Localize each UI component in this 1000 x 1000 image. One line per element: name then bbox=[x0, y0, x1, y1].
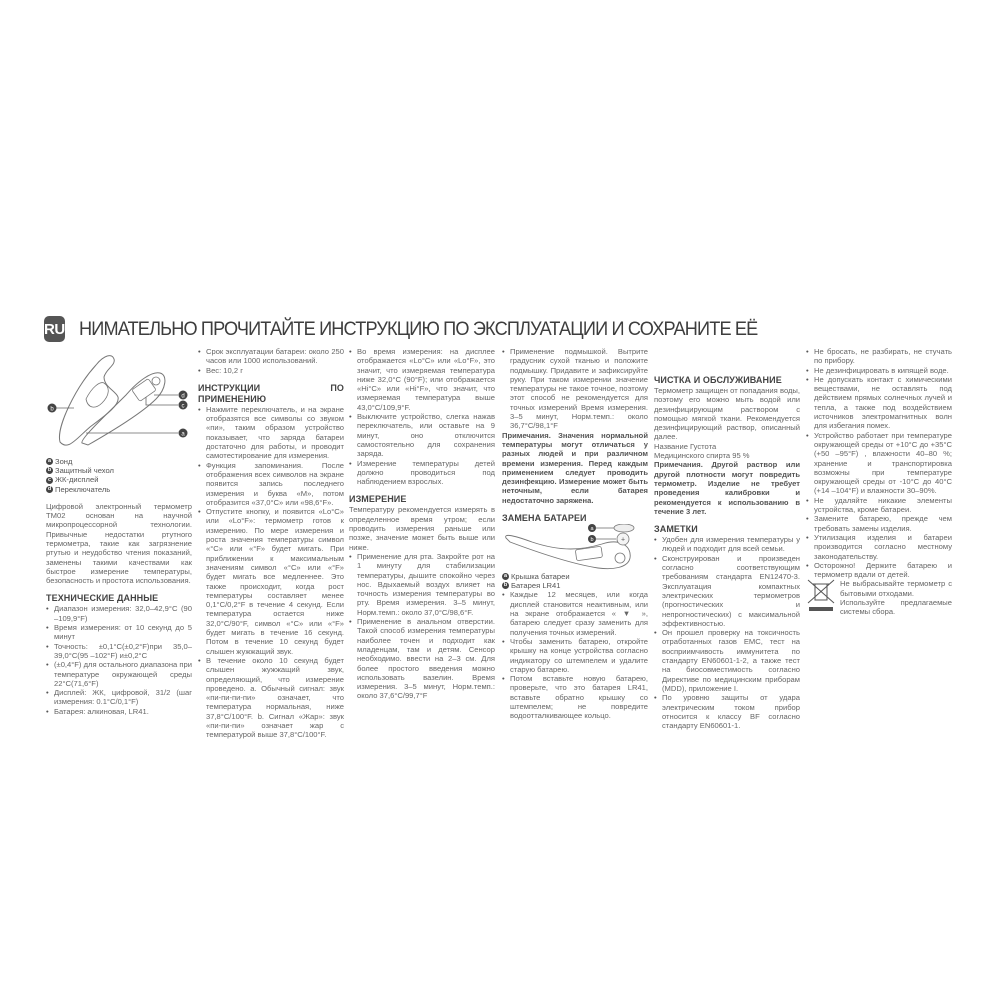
callout-a-icon: a bbox=[46, 458, 53, 465]
legend-item: aЗонд bbox=[46, 457, 192, 466]
list-item: Устройство работает при температуре окру… bbox=[806, 431, 952, 496]
measure-list-continued: Применение подмышкой. Вытрите градусник … bbox=[502, 347, 648, 431]
callout-a-icon: a bbox=[502, 573, 509, 580]
legend-item: aКрышка батареи bbox=[502, 572, 648, 581]
tech-heading: ТЕХНИЧЕСКИЕ ДАННЫЕ bbox=[46, 593, 192, 604]
column-2: Срок эксплуатации батареи: около 250 час… bbox=[198, 347, 344, 740]
list-item: Применение для рта. Закройте рот на 1 ми… bbox=[349, 552, 495, 617]
legend-item: dПереключатель bbox=[46, 485, 192, 494]
column-5: ЧИСТКА И ОБСЛУЖИВАНИЕ Термометр защищен … bbox=[654, 347, 800, 730]
list-item: Батарея: алкиновая, LR41. bbox=[46, 707, 192, 716]
list-item: В течение около 10 секунд будет слышен ж… bbox=[198, 656, 344, 740]
callout-b-icon: b bbox=[46, 467, 53, 474]
list-item: Во время измерения: на дисплее отображае… bbox=[349, 347, 495, 412]
legend-item: cЖК-дисплей bbox=[46, 475, 192, 484]
language-badge: RU bbox=[44, 316, 65, 342]
callout-d-icon: d bbox=[46, 486, 53, 493]
list-item: Измерение температуры детей должно прово… bbox=[349, 459, 495, 487]
list-item: Время измерения: от 10 секунд до 5 минут bbox=[46, 623, 192, 642]
list-item: Точность: ±0,1°C(±0,2°F)при 35,0–39,0°C(… bbox=[46, 642, 192, 661]
weee-disposal-block: Не выбрасывайте термометр с бытовыми отх… bbox=[806, 579, 952, 616]
usage-list-continued: Во время измерения: на дисплее отображае… bbox=[349, 347, 495, 486]
cleaning-line-2: Медицинского спирта 95 % bbox=[654, 451, 800, 460]
list-item: Утилизация изделия и батареи производитс… bbox=[806, 533, 952, 561]
list-item: Чтобы заменить батарею, откройте крышку … bbox=[502, 637, 648, 674]
column-3: Во время измерения: на дисплее отображае… bbox=[349, 347, 495, 701]
column-4: Применение подмышкой. Вытрите градусник … bbox=[502, 347, 648, 721]
page-header: RU НИМАТЕЛЬНО ПРОЧИТАЙТЕ ИНСТРУКЦИЮ ПО Э… bbox=[44, 314, 804, 344]
list-item: Каждые 12 месяцев, или когда дисплей ста… bbox=[502, 590, 648, 636]
thermometer-diagram: b d c a bbox=[46, 347, 192, 457]
list-item: Не бросать, не разбирать, не стучать по … bbox=[806, 347, 952, 366]
list-item: Применение подмышкой. Вытрите градусник … bbox=[502, 347, 648, 431]
list-item: (±0,4°F) для остального диапазона при те… bbox=[46, 660, 192, 688]
list-item: Замените батарею, прежде чем требовать з… bbox=[806, 514, 952, 533]
battery-list: Каждые 12 месяцев, или когда дисплей ста… bbox=[502, 590, 648, 720]
notes-list: Удобен для измерения температуры у людей… bbox=[654, 535, 800, 730]
svg-text:d: d bbox=[181, 394, 184, 400]
svg-text:b: b bbox=[590, 537, 593, 543]
notes-list-continued: Не бросать, не разбирать, не стучать по … bbox=[806, 347, 952, 579]
tech-list-continued: Срок эксплуатации батареи: около 250 час… bbox=[198, 347, 344, 375]
measure-note: Примечания. Значения нормальной температ… bbox=[502, 431, 648, 505]
measure-list: Применение для рта. Закройте рот на 1 ми… bbox=[349, 552, 495, 701]
list-item: Осторожно! Держите батарею и термометр в… bbox=[806, 561, 952, 580]
usage-list: Нажмите переключатель, и на экране отобр… bbox=[198, 405, 344, 740]
cleaning-heading: ЧИСТКА И ОБСЛУЖИВАНИЕ bbox=[654, 375, 800, 386]
legend-item: bЗащитный чехол bbox=[46, 466, 192, 475]
list-item: Применение в анальном отверстии. Такой с… bbox=[349, 617, 495, 701]
battery-replacement-illustration-icon: a b + bbox=[502, 524, 648, 572]
list-item: Он прошел проверку на токсичность отрабо… bbox=[654, 628, 800, 693]
diagram-legend: aЗонд bЗащитный чехол cЖК-дисплей dПерек… bbox=[46, 457, 192, 494]
list-item: Потом вставьте новую батарею, проверьте,… bbox=[502, 674, 648, 720]
notes-heading: ЗАМЕТКИ bbox=[654, 524, 800, 535]
thermometer-illustration-icon: b d c a bbox=[46, 347, 192, 457]
battery-heading: ЗАМЕНА БАТАРЕИ bbox=[502, 513, 648, 524]
list-item: Не допускать контакт с химическими вещес… bbox=[806, 375, 952, 431]
cleaning-line-1: Название Густота bbox=[654, 442, 800, 451]
list-item: Удобен для измерения температуры у людей… bbox=[654, 535, 800, 554]
list-item: Выключите устройство, слегка нажав перек… bbox=[349, 412, 495, 458]
list-item: Дисплей: ЖК, цифровой, 31/2 (шаг измерен… bbox=[46, 688, 192, 707]
svg-text:+: + bbox=[621, 537, 625, 544]
weee-text-1: Не выбрасывайте термометр с бытовыми отх… bbox=[840, 579, 952, 598]
legend-item: bБатарея LR41 bbox=[502, 581, 648, 590]
intro-paragraph: Цифровой электронный термометр TM02 осно… bbox=[46, 502, 192, 586]
list-item: По уровню защиты от удара электрическим … bbox=[654, 693, 800, 730]
battery-diagram: a b + bbox=[502, 524, 648, 572]
usage-heading: ИНСТРУКЦИИ ПО ПРИМЕНЕНИЮ bbox=[198, 383, 344, 405]
list-item: Диапазон измерения: 32,0–42,9°C (90 –109… bbox=[46, 604, 192, 623]
callout-b-icon: b bbox=[502, 582, 509, 589]
cleaning-text: Термометр защищен от попадания воды, поэ… bbox=[654, 386, 800, 442]
measure-heading: ИЗМЕРЕНИЕ bbox=[349, 494, 495, 505]
measure-intro: Температуру рекомендуется измерять в опр… bbox=[349, 505, 495, 551]
list-item: Не дезинфицировать в кипящей воде. bbox=[806, 366, 952, 375]
list-item: Функция запоминания. После отображения в… bbox=[198, 461, 344, 507]
svg-text:c: c bbox=[182, 404, 185, 410]
list-item: Не удаляйте никакие элементы устройства,… bbox=[806, 496, 952, 515]
column-1: b d c a aЗонд bЗащитный чехол cЖК-диспле… bbox=[46, 347, 192, 716]
callout-c-icon: c bbox=[46, 477, 53, 484]
list-item: Отпустите кнопку, и появится «Lo°C» или … bbox=[198, 507, 344, 656]
weee-text-2: Используйте предлагаемые системы сбора. bbox=[840, 598, 952, 617]
list-item: Срок эксплуатации батареи: около 250 час… bbox=[198, 347, 344, 366]
tech-list: Диапазон измерения: 32,0–42,9°C (90 –109… bbox=[46, 604, 192, 716]
column-6: Не бросать, не разбирать, не стучать по … bbox=[806, 347, 952, 617]
list-item: Сконструирован и произведен согласно соо… bbox=[654, 554, 800, 628]
list-item: Нажмите переключатель, и на экране отобр… bbox=[198, 405, 344, 461]
list-item: Вес: 10,2 г bbox=[198, 366, 344, 375]
cleaning-note: Примечания. Другой раствор или другой пл… bbox=[654, 460, 800, 516]
battery-legend: aКрышка батареи bБатарея LR41 bbox=[502, 572, 648, 590]
page-title: НИМАТЕЛЬНО ПРОЧИТАЙТЕ ИНСТРУКЦИЮ ПО ЭКСП… bbox=[79, 318, 757, 341]
crossed-bin-icon bbox=[806, 579, 836, 616]
